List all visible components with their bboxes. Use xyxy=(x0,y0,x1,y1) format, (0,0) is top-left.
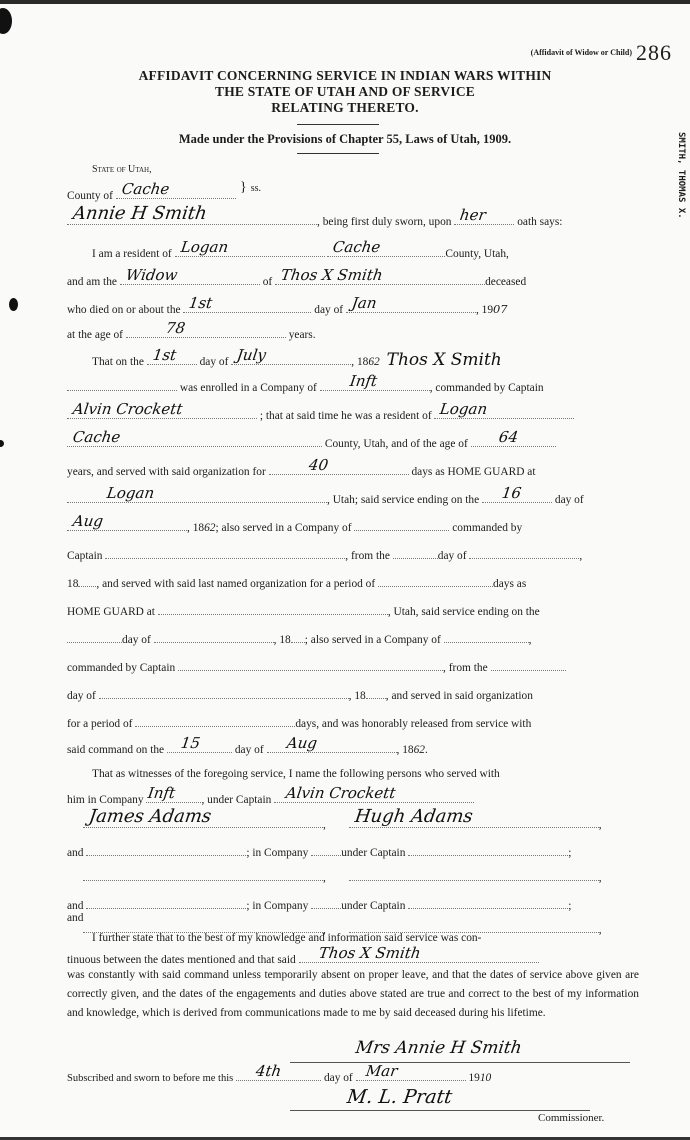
blank-line-7: for a period of days, and was honorably … xyxy=(67,714,639,732)
form-type: (Affidavit of Widow or Child) xyxy=(531,48,632,57)
death-date-line: who died on or about the 1st day of Jan,… xyxy=(67,300,639,318)
witness-1-field[interactable]: James Adams xyxy=(83,815,323,828)
ink-blot xyxy=(0,440,4,447)
release-day-field[interactable]: 15 xyxy=(167,740,232,753)
end-month-field[interactable]: Aug xyxy=(67,518,187,531)
witness-names-line: James Adams, Hugh Adams, xyxy=(67,815,639,833)
blank-field[interactable] xyxy=(135,714,295,727)
county-field[interactable]: Cache xyxy=(116,186,236,199)
blank-field[interactable] xyxy=(311,896,341,909)
company-line: was enrolled in a Company of Inft, comma… xyxy=(67,378,639,396)
residence-line: I am a resident of Logan CacheCounty, Ut… xyxy=(92,244,639,262)
days-served-field[interactable]: 40 xyxy=(269,462,409,475)
witness-2-field[interactable]: Hugh Adams xyxy=(349,815,599,828)
blank-field[interactable] xyxy=(469,546,579,559)
died-day-field[interactable]: 1st xyxy=(183,300,311,313)
soldier-name[interactable]: Thos X Smith xyxy=(387,350,502,370)
release-line: said command on the 15 day of Aug, 1862. xyxy=(67,740,639,758)
commissioner-label: Commissioner. xyxy=(538,1112,604,1124)
blank-field[interactable] xyxy=(86,843,246,856)
blank-field[interactable] xyxy=(99,686,349,699)
statement-soldier-field[interactable]: Thos X Smith xyxy=(299,950,539,963)
blank-field[interactable] xyxy=(491,658,566,671)
blank-field[interactable] xyxy=(349,868,599,881)
company-field[interactable]: Inft xyxy=(320,378,430,391)
blank-line-2: 18, and served with said last named orga… xyxy=(67,574,639,592)
blank-field[interactable] xyxy=(86,896,246,909)
title-line-2: THE STATE OF UTAH AND OF SERVICE xyxy=(0,84,690,99)
subscribed-month-field[interactable]: Mar xyxy=(356,1068,466,1081)
home-guard-location-field[interactable]: Logan xyxy=(67,490,327,503)
blank-field[interactable] xyxy=(67,630,122,643)
blank-field[interactable] xyxy=(444,630,529,643)
state-line: State of Utah, xyxy=(92,163,664,181)
blank-field[interactable] xyxy=(83,868,323,881)
blank-line-6: day of , 18, and served in said organiza… xyxy=(67,686,639,704)
enroll-day-field[interactable]: 1st xyxy=(147,352,197,365)
enroll-year[interactable]: 62 xyxy=(368,356,379,368)
side-label: SMITH, THOMAS X. xyxy=(676,132,686,219)
scan-top-edge xyxy=(0,0,690,4)
commissioner-signature: M. L. Pratt xyxy=(341,1086,453,1140)
page-number: 286 xyxy=(636,40,672,66)
witness-company-field[interactable]: Inft xyxy=(146,790,201,803)
blank-field[interactable] xyxy=(78,574,96,587)
blank-field[interactable] xyxy=(178,658,443,671)
resident-county-field[interactable]: Cache xyxy=(327,244,445,257)
deceased-name-field[interactable]: Thos X Smith xyxy=(275,272,485,285)
divider xyxy=(297,153,379,154)
age-line: at the age of 78 years. xyxy=(67,325,639,343)
blank-field[interactable] xyxy=(154,630,274,643)
age-field[interactable]: 78 xyxy=(126,325,286,338)
end-month-line: Aug, 1862; also served in a Company of c… xyxy=(67,518,639,536)
witness-row-2: and ; in Company under Captain ; xyxy=(67,843,639,861)
subscribed-year[interactable]: 10 xyxy=(480,1072,491,1084)
service-age-field[interactable]: 64 xyxy=(471,434,556,447)
blank-field[interactable] xyxy=(105,546,345,559)
divider xyxy=(297,124,379,125)
captain-field[interactable]: Alvin Crockett xyxy=(67,406,257,419)
relation-field[interactable]: Widow xyxy=(120,272,260,285)
ink-blot xyxy=(9,298,18,311)
release-month-field[interactable]: Aug xyxy=(267,740,397,753)
blank-line-4: day of , 18; also served in a Company of… xyxy=(67,630,639,648)
blank-line-3: HOME GUARD at , Utah, said service endin… xyxy=(67,602,639,620)
blank-field[interactable] xyxy=(311,843,341,856)
affiant-line: Annie H Smith, being first duly sworn, u… xyxy=(67,212,639,230)
blank-field[interactable] xyxy=(158,602,388,615)
title-line-3: RELATING THERETO. xyxy=(0,100,690,115)
resident-city-field[interactable]: Logan xyxy=(175,244,325,257)
end-day-field[interactable]: 16 xyxy=(482,490,552,503)
blank-line-1: Captain , from the day of , xyxy=(67,546,639,564)
blank-field[interactable] xyxy=(354,518,449,531)
blank-field[interactable] xyxy=(408,843,568,856)
enrollment-date-line: That on the 1st day of July, 1862 Thos X… xyxy=(92,350,639,368)
affiant-name-field[interactable]: Annie H Smith xyxy=(67,212,317,225)
blank-field[interactable] xyxy=(393,546,438,559)
service-resident-field[interactable]: Logan xyxy=(434,406,574,419)
subtitle: Made under the Provisions of Chapter 55,… xyxy=(0,132,690,147)
commissioner-line xyxy=(290,1110,590,1111)
release-year[interactable]: 62 xyxy=(414,744,425,756)
signature-line xyxy=(290,1062,630,1063)
relation-line: and am the Widow of Thos X Smithdeceased xyxy=(67,272,639,290)
title-line-1: AFFIDAVIT CONCERNING SERVICE IN INDIAN W… xyxy=(0,68,690,83)
blank-line-5: commanded by Captain , from the xyxy=(67,658,639,676)
blank-field[interactable] xyxy=(378,574,493,587)
days-served-line: years, and served with said organization… xyxy=(67,462,639,480)
blank-field[interactable] xyxy=(291,630,305,643)
oath-pronoun-field[interactable]: her xyxy=(454,212,514,225)
home-guard-line: Logan, Utah; said service ending on the … xyxy=(67,490,639,508)
witness-row-3: , , xyxy=(67,868,639,886)
blank-field[interactable] xyxy=(366,686,386,699)
witness-row-6: and xyxy=(67,912,639,930)
captain-line: Alvin Crockett ; that at said time he wa… xyxy=(67,406,639,424)
enroll-month-field[interactable]: July xyxy=(231,352,351,365)
subscribed-line: Subscribed and sworn to before me this 4… xyxy=(67,1068,639,1086)
county-line: County of Cache xyxy=(67,186,639,204)
statement-body: was constantly with said command unless … xyxy=(67,966,639,1023)
end-year[interactable]: 62 xyxy=(204,522,215,534)
died-month-field[interactable]: Jan xyxy=(346,300,476,313)
witness-captain-field[interactable]: Alvin Crockett xyxy=(274,790,474,803)
subscribed-day-field[interactable]: 4th xyxy=(236,1068,321,1081)
blank-field[interactable] xyxy=(408,896,568,909)
service-county-field[interactable]: Cache xyxy=(67,434,322,447)
soldier-name-blank[interactable] xyxy=(67,378,177,391)
died-year[interactable]: 07 xyxy=(493,302,508,316)
ink-blot xyxy=(0,8,12,34)
county-age-line: Cache County, Utah, and of the age of 64 xyxy=(67,434,639,452)
